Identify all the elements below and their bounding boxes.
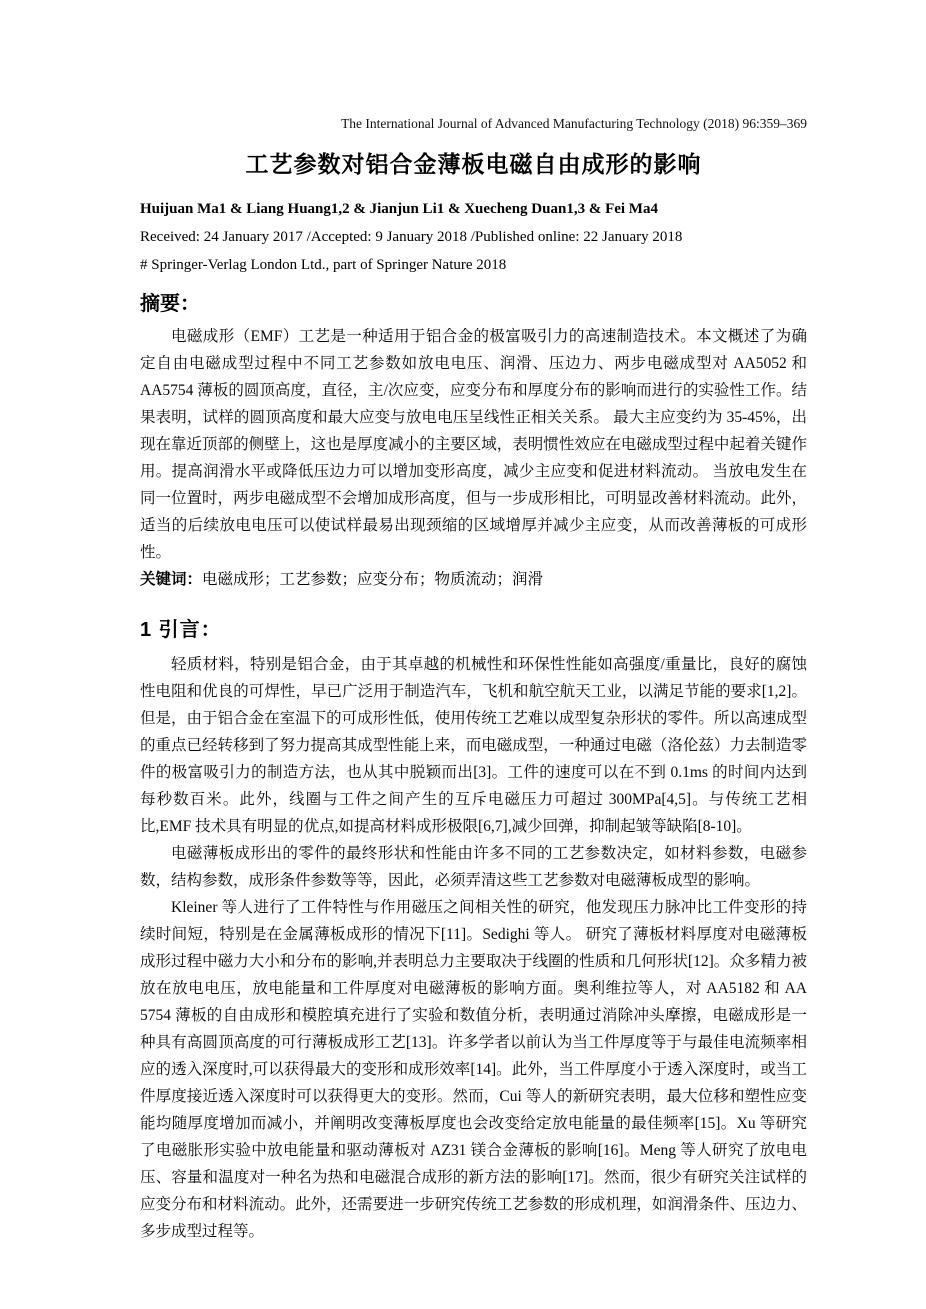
abstract-body: 电磁成形（EMF）工艺是一种适用于铝合金的极富吸引力的高速制造技术。本文概述了为… (140, 323, 807, 566)
received-accepted-line: Received: 24 January 2017 /Accepted: 9 J… (140, 227, 807, 247)
keywords-separator: ： (187, 571, 203, 588)
abstract-heading: 摘要： (140, 287, 807, 316)
authors-line: Huijuan Ma1 & Liang Huang1,2 & Jianjun L… (140, 199, 807, 219)
keywords-text: 电磁成形；工艺参数；应变分布；物质流动；润滑 (202, 571, 543, 588)
intro-paragraph-3: Kleiner 等人进行了工件特性与作用磁压之间相关性的研究，他发现压力脉冲比工… (140, 894, 807, 1245)
section-1-heading: 1 引言： (140, 613, 807, 642)
paper-page: The International Journal of Advanced Ma… (0, 0, 926, 1309)
text-column: The International Journal of Advanced Ma… (140, 0, 807, 1245)
intro-paragraph-1: 轻质材料，特别是铝合金，由于其卓越的机械性和环保性性能如高强度/重量比，良好的腐… (140, 651, 807, 840)
keywords-label: 关键词 (140, 571, 187, 588)
journal-header: The International Journal of Advanced Ma… (140, 115, 807, 132)
paper-title: 工艺参数对铝合金薄板电磁自由成形的影响 (140, 146, 807, 179)
copyright-line: # Springer-Verlag London Ltd., part of S… (140, 255, 807, 275)
intro-paragraph-2: 电磁薄板成形出的零件的最终形状和性能由许多不同的工艺参数决定，如材料参数，电磁参… (140, 840, 807, 894)
keywords-line: 关键词：电磁成形；工艺参数；应变分布；物质流动；润滑 (140, 566, 807, 593)
